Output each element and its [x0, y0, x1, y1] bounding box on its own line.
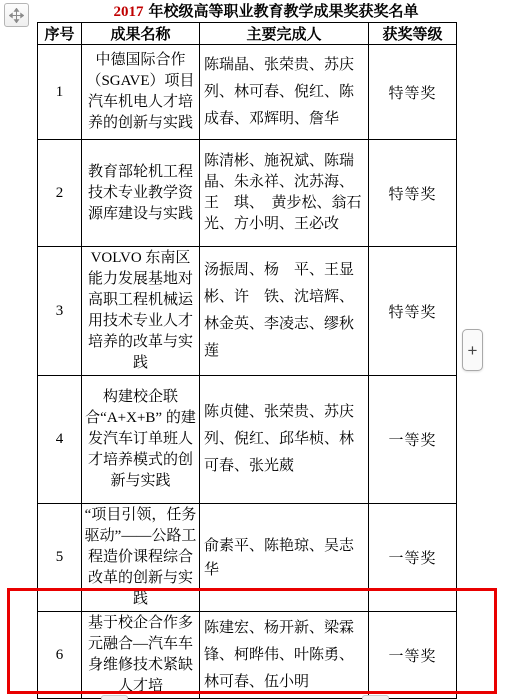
header-cell-people: 主要完成人 — [200, 23, 369, 45]
achievement-name-cell: 基于校企合作多元融合—汽车车身维修技术紧缺人才培 — [82, 612, 200, 699]
table-row: 3VOLVO 东南区能力发展基地对高职工程机械运用技术专业人才培养的改革与实践汤… — [38, 247, 457, 376]
table-row: 4构建校企联合“A+X+B” 的建发汽车订单班人才培养模式的创新与实践陈贞健、张… — [38, 376, 457, 504]
contributors-cell: 陈建宏、杨开新、梁霖锋、柯晔伟、叶陈勇、林可春、伍小明 — [200, 612, 369, 699]
achievement-name-cell: 构建校企联合“A+X+B” 的建发汽车订单班人才培养模式的创新与实践 — [82, 376, 200, 504]
row-number-cell: 3 — [38, 247, 82, 376]
row-number-cell: 4 — [38, 376, 82, 504]
title-year: 2017 — [113, 4, 143, 20]
contributors-cell: 陈清彬、施祝斌、陈瑞晶、朱永祥、沈苏海、王 琪、 黄步松、翁石光、方小明、王必改 — [200, 140, 369, 247]
award-level-cell: 特等奖 — [369, 45, 457, 140]
header-row: 序号 成果名称 主要完成人 获奖等级 — [38, 23, 457, 45]
table-row: 1中德国际合作（SGAVE）项目汽车机电人才培养的创新与实践陈瑞晶、张荣贵、苏庆… — [38, 45, 457, 140]
table-row: 5“项目引领，任务驱动”——公路工程造价课程综合改革的创新与实践俞素平、陈艳琼、… — [38, 504, 457, 612]
document-canvas: 2017年校级高等职业教育教学成果奖获奖名单 序号 成果名称 主要完成人 获奖等… — [0, 0, 506, 700]
contributors-cell: 俞素平、陈艳琼、吴志华 — [200, 504, 369, 612]
row-number-cell: 6 — [38, 612, 82, 699]
achievement-name-cell: 教育部轮机工程技术专业教学资源库建设与实践 — [82, 140, 200, 247]
award-level-cell: 一等奖 — [369, 612, 457, 699]
header-cell-name: 成果名称 — [82, 23, 200, 45]
row-number-cell: 5 — [38, 504, 82, 612]
row-number-cell: 1 — [38, 45, 82, 140]
table-row: 6基于校企合作多元融合—汽车车身维修技术紧缺人才培陈建宏、杨开新、梁霖锋、柯晔伟… — [38, 612, 457, 699]
achievement-name-cell: “项目引领，任务驱动”——公路工程造价课程综合改革的创新与实践 — [82, 504, 200, 612]
insert-plus-button[interactable]: + — [462, 329, 483, 371]
contributors-cell: 汤振周、杨 平、王显彬、许 铁、沈培辉、林金英、李凌志、缪秋莲 — [200, 247, 369, 376]
award-level-cell: 一等奖 — [369, 504, 457, 612]
header-cell-number: 序号 — [38, 23, 82, 45]
achievement-name-cell: 中德国际合作（SGAVE）项目汽车机电人才培养的创新与实践 — [82, 45, 200, 140]
row-number-cell: 2 — [38, 140, 82, 247]
move-icon — [9, 8, 24, 23]
award-level-cell: 特等奖 — [369, 247, 457, 376]
achievement-name-cell: VOLVO 东南区能力发展基地对高职工程机械运用技术专业人才培养的改革与实践 — [82, 247, 200, 376]
award-level-cell: 一等奖 — [369, 376, 457, 504]
contributors-cell: 陈瑞晶、张荣贵、苏庆列、林可春、倪红、陈成春、邓辉明、詹华 — [200, 45, 369, 140]
table-row: 2教育部轮机工程技术专业教学资源库建设与实践陈清彬、施祝斌、陈瑞晶、朱永祥、沈苏… — [38, 140, 457, 247]
bottom-edge-mark-left — [101, 695, 128, 700]
contributors-cell: 陈贞健、张荣贵、苏庆列、倪红、邱华桢、林可春、张光葳 — [200, 376, 369, 504]
bottom-edge-mark-right — [362, 695, 389, 700]
page-title: 2017年校级高等职业教育教学成果奖获奖名单 — [37, 3, 495, 22]
header-cell-award: 获奖等级 — [369, 23, 457, 45]
title-text: 年校级高等职业教育教学成果奖获奖名单 — [148, 4, 418, 20]
award-level-cell: 特等奖 — [369, 140, 457, 247]
awards-table: 序号 成果名称 主要完成人 获奖等级 1中德国际合作（SGAVE）项目汽车机电人… — [37, 22, 457, 699]
table-move-handle[interactable] — [4, 3, 29, 27]
